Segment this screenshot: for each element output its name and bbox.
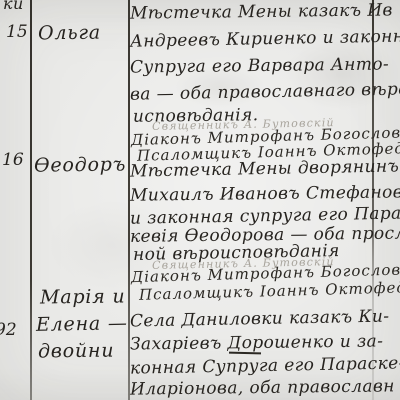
entry-name-line: Марія и bbox=[40, 287, 126, 307]
entry-body-line: Захаріевъ Дорошенко и за- bbox=[130, 333, 383, 353]
entry-body-line: Андреевъ Кириенко и законна bbox=[130, 28, 400, 50]
margin-fragment: ки bbox=[3, 0, 24, 12]
entry-name-line: Елена — bbox=[36, 314, 128, 335]
register-page-scan: ки 15 Ольга Мѣстечка Мены казакъ Ив Андр… bbox=[0, 0, 400, 400]
entry-name-line: двойни bbox=[38, 342, 115, 362]
entry-number: 16 bbox=[2, 152, 24, 169]
entry-body-line: конная Супруга его Параске- bbox=[130, 355, 400, 377]
entry-name: Ольга bbox=[38, 24, 101, 44]
entry-body-line: Иларіонова, оба православн bbox=[130, 378, 395, 398]
entry-body-line: Мѣстечка Мены казакъ Ив bbox=[130, 2, 393, 22]
entry-body-line: Мѣстечка Мены дворянинъ bbox=[130, 158, 399, 180]
entry-name: Ѳеодоръ bbox=[34, 155, 126, 175]
entry-body-line: Села Даниловки казакъ Ки- bbox=[130, 309, 390, 331]
column-rule-left bbox=[30, 0, 32, 400]
entry-number: 92 bbox=[0, 322, 17, 339]
entry-body-line: Михаилъ Ивановъ Стефановъ bbox=[130, 184, 400, 204]
entry-number: 15 bbox=[6, 24, 28, 41]
entry-body-line: ва — оба православнаго вѣро- bbox=[130, 81, 400, 103]
entry-body-line: Супруга его Варвара Анто- bbox=[130, 56, 389, 76]
ink-underline-mark bbox=[229, 352, 261, 355]
